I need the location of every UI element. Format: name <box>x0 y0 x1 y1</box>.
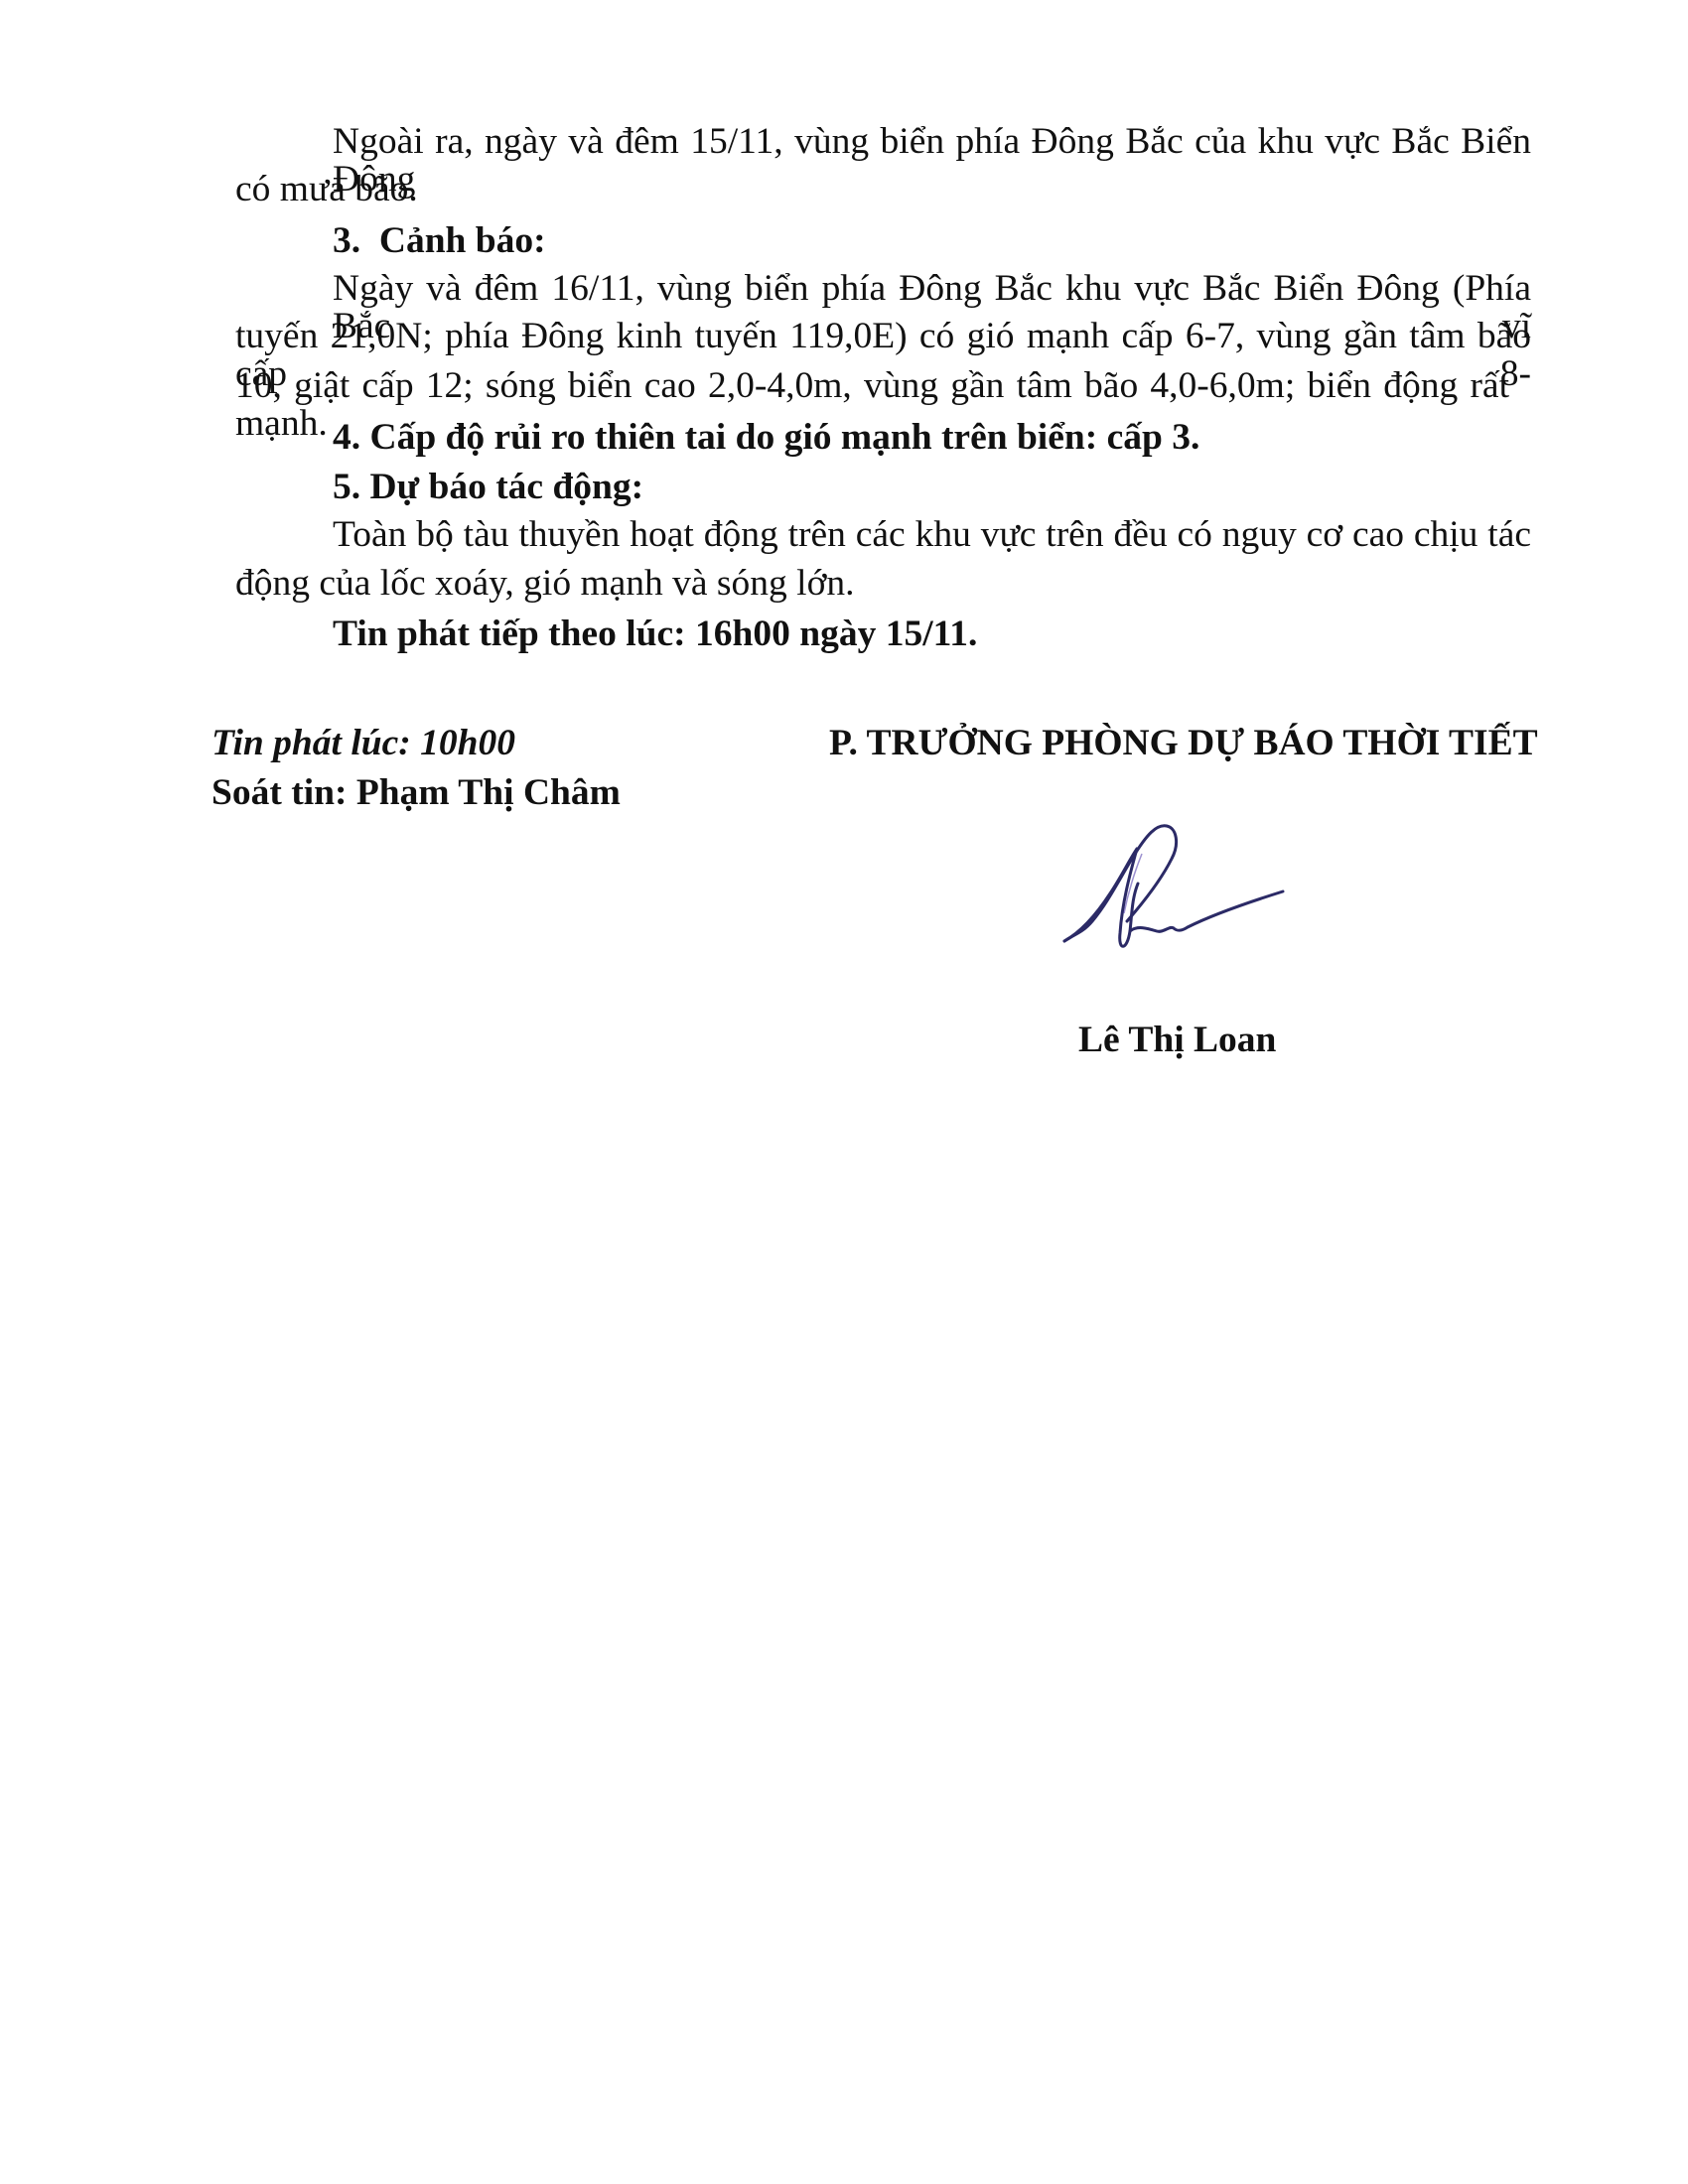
issued-at: Tin phát lúc: 10h00 <box>211 725 515 762</box>
section-5-line-1: Toàn bộ tàu thuyền hoạt động trên các kh… <box>333 516 1531 554</box>
section-4-heading: 4. Cấp độ rủi ro thiên tai do gió mạnh t… <box>333 419 1199 457</box>
signer-name: Lê Thị Loan <box>1078 1022 1276 1059</box>
intro-line-2: có mưa bão. <box>235 171 418 208</box>
document-page: Ngoài ra, ngày và đêm 15/11, vùng biển p… <box>0 0 1688 2184</box>
section-5-heading: 5. Dự báo tác động: <box>333 469 643 506</box>
section-5-line-2: động của lốc xoáy, gió mạnh và sóng lớn. <box>235 565 855 603</box>
section-3-heading: 3. Cảnh báo: <box>333 222 546 260</box>
signer-title: P. TRƯỞNG PHÒNG DỰ BÁO THỜI TIẾT <box>829 725 1538 762</box>
signature-icon <box>1053 814 1291 963</box>
reviewed-by: Soát tin: Phạm Thị Châm <box>211 774 621 812</box>
next-bulletin-time: Tin phát tiếp theo lúc: 16h00 ngày 15/11… <box>333 615 977 653</box>
intro-line-1: Ngoài ra, ngày và đêm 15/11, vùng biển p… <box>333 123 1531 198</box>
